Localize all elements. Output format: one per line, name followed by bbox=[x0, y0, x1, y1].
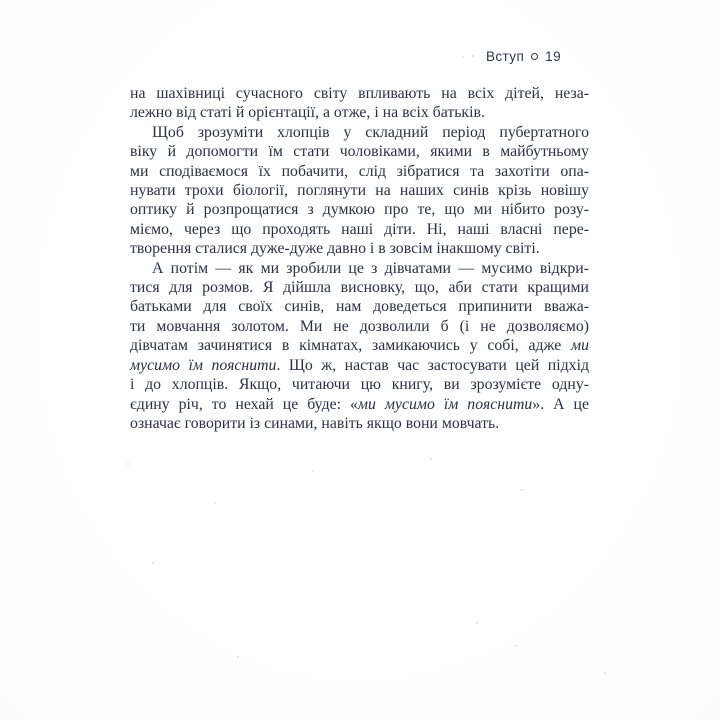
running-header: Вступ 19 bbox=[486, 49, 561, 64]
text-line: Щоб зрозуміти хлопців у складний період … bbox=[130, 123, 589, 142]
text-line: оптику й розпрощатися з думкою про те, щ… bbox=[130, 200, 589, 219]
emphasized-text: ми bbox=[571, 337, 589, 354]
text-line: єдину річ, то нехай це буде: «ми мусимо … bbox=[130, 395, 589, 414]
scan-speck bbox=[515, 645, 517, 647]
text-line: віку й допомогти їм стати чоловіками, як… bbox=[130, 142, 589, 161]
text-segment: дівчатам зачинятися в кімнатах, замикаюч… bbox=[130, 337, 571, 354]
text-line: міємо, через що проходять наші діти. Ні,… bbox=[130, 220, 589, 239]
scan-speck bbox=[521, 489, 523, 491]
scan-speck bbox=[127, 463, 129, 465]
text-segment: творення сталися дуже-дуже давно і в зов… bbox=[130, 240, 540, 257]
text-segment: Щоб зрозуміти хлопців у складний період … bbox=[152, 124, 589, 141]
text-line: дівчатам зачинятися в кімнатах, замикаюч… bbox=[130, 336, 589, 355]
text-line: А потім — як ми зробили це з дівчатами —… bbox=[130, 259, 589, 278]
text-line: ми сподіваємося їх побачити, слід зібрат… bbox=[130, 162, 589, 181]
text-line: означає говорити із синами, навіть якщо … bbox=[130, 414, 589, 433]
scan-speck bbox=[476, 622, 478, 624]
scan-speck bbox=[430, 458, 432, 460]
text-segment: нувати трохи біології, поглянути на наши… bbox=[130, 182, 589, 199]
text-segment: ». А це bbox=[532, 396, 589, 413]
text-segment: ми сподіваємося їх побачити, слід зібрат… bbox=[130, 163, 589, 180]
text-line: тися для розмов. Я дійшла висновку, що, … bbox=[130, 278, 589, 297]
scan-speck bbox=[237, 656, 239, 658]
scan-speck bbox=[152, 562, 154, 564]
text-segment: ти мовчання золотом. Ми не дозволили б (… bbox=[130, 318, 589, 335]
text-segment: означає говорити із синами, навіть якщо … bbox=[130, 415, 499, 432]
page-number: 19 bbox=[545, 49, 561, 64]
text-segment: батьками для своїх синів, нам доведеться… bbox=[130, 298, 589, 315]
text-line: і до хлопців. Якщо, читаючи цю книгу, ви… bbox=[130, 375, 589, 394]
text-segment: і до хлопців. Якщо, читаючи цю книгу, ви… bbox=[130, 376, 589, 393]
text-segment: А потім — як ми зробили це з дівчатами —… bbox=[152, 260, 589, 277]
text-line: нувати трохи біології, поглянути на наши… bbox=[130, 181, 589, 200]
text-segment: лежно від статі й орієнтації, а отже, і … bbox=[130, 104, 485, 121]
chapter-title: Вступ bbox=[486, 49, 524, 64]
body-text: на шахівниці сучасного світу впливають н… bbox=[130, 84, 589, 433]
text-segment: на шахівниці сучасного світу впливають н… bbox=[130, 85, 589, 102]
scan-speck bbox=[472, 55, 474, 57]
text-segment: єдину річ, то нехай це буде: « bbox=[130, 396, 358, 413]
text-line: батьками для своїх синів, нам доведеться… bbox=[130, 297, 589, 316]
scan-speck bbox=[604, 672, 606, 674]
emphasized-text: ми мусимо їм пояснити bbox=[358, 396, 532, 413]
emphasized-text: мусимо їм пояснити bbox=[130, 357, 276, 374]
scan-speck bbox=[312, 470, 314, 472]
book-page: Вступ 19 на шахівниці сучасного світу вп… bbox=[0, 0, 720, 720]
text-segment: тися для розмов. Я дійшла висновку, що, … bbox=[130, 279, 589, 296]
text-line: на шахівниці сучасного світу впливають н… bbox=[130, 84, 589, 103]
text-segment: віку й допомогти їм стати чоловіками, як… bbox=[130, 143, 589, 160]
text-line: мусимо їм пояснити. Що ж, настав час зас… bbox=[130, 356, 589, 375]
scan-speck bbox=[214, 502, 216, 504]
circle-separator-icon bbox=[531, 53, 538, 60]
scan-speck bbox=[462, 56, 464, 58]
text-line: лежно від статі й орієнтації, а отже, і … bbox=[130, 103, 589, 122]
text-segment: . Що ж, настав час застосувати цей підхі… bbox=[276, 357, 589, 374]
text-segment: оптику й розпрощатися з думкою про те, щ… bbox=[130, 201, 589, 218]
text-line: творення сталися дуже-дуже давно і в зов… bbox=[130, 239, 589, 258]
text-line: ти мовчання золотом. Ми не дозволили б (… bbox=[130, 317, 589, 336]
text-segment: міємо, через що проходять наші діти. Ні,… bbox=[130, 221, 589, 238]
